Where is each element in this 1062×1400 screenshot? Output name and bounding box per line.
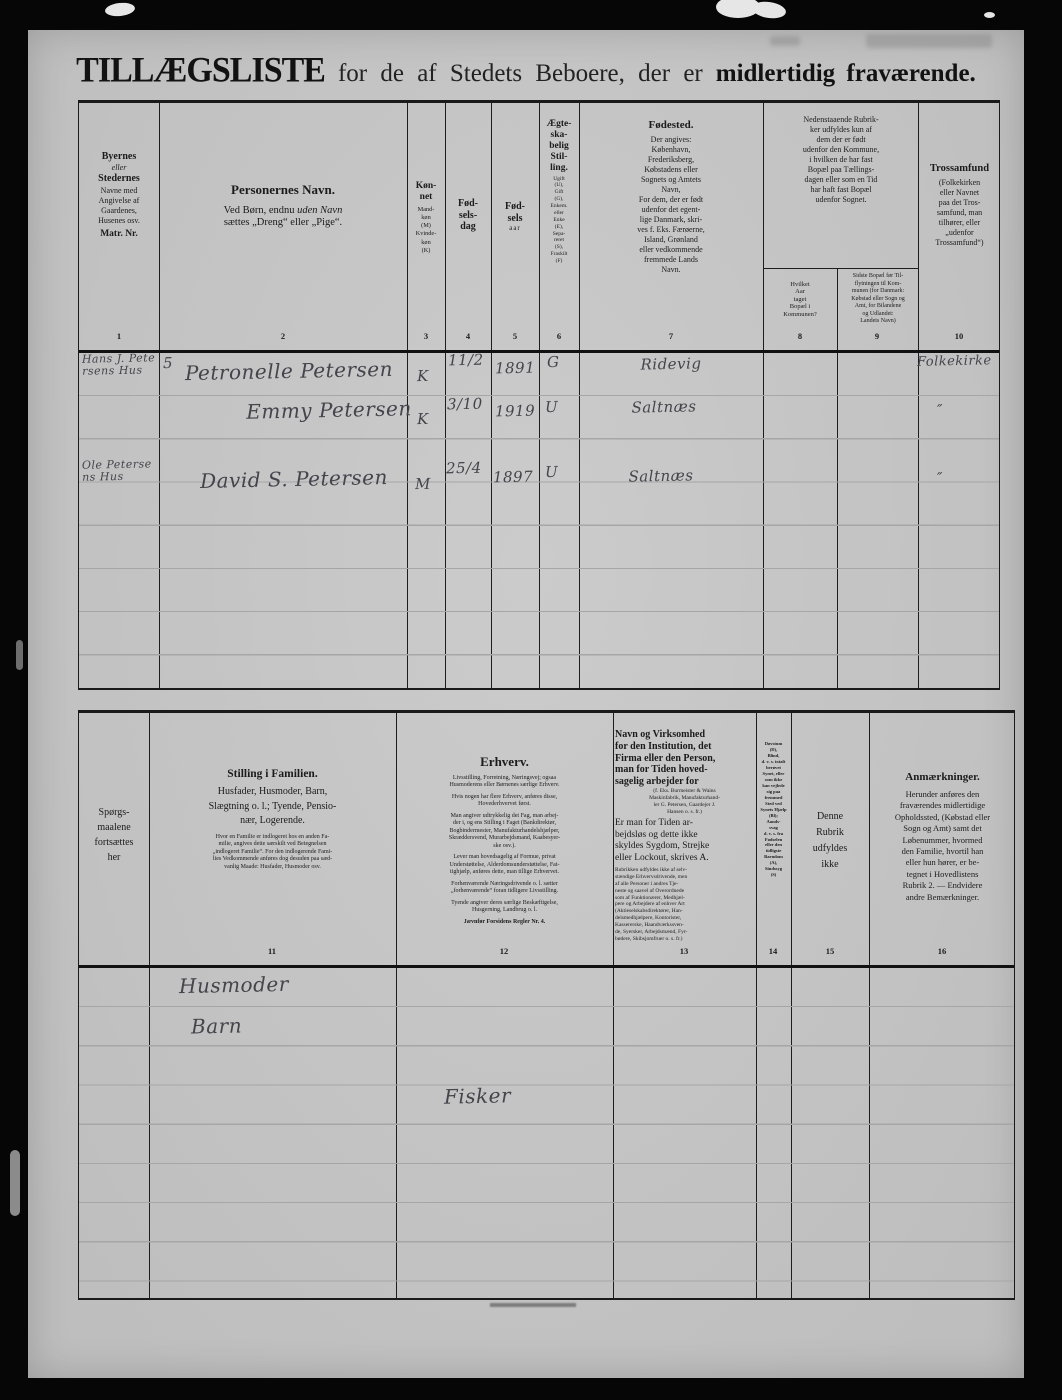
- entry-birthyear: 1897: [493, 470, 534, 487]
- column-number: 8: [780, 331, 820, 341]
- entry-marital: U: [545, 465, 558, 481]
- header-title: Køn- net: [407, 181, 445, 203]
- column-number: 16: [922, 946, 962, 956]
- entry-birthyear: 1919: [495, 404, 536, 421]
- column-number: 12: [484, 946, 524, 956]
- header-key: Mand- køn (M) Kvinde- køn (K): [407, 206, 445, 255]
- header-paragraph: Livsstilling, Forretning, Næringsvej; og…: [396, 775, 613, 790]
- column-header-leave-blank: Denne Rubrik udfyldes ikke: [791, 809, 869, 873]
- entry-birthyear: 1891: [495, 361, 536, 378]
- header-paragraph: Hvis nogen har flere Erhverv, anføres di…: [396, 794, 613, 809]
- entry-number: 5: [163, 356, 173, 372]
- header-title: Personernes Navn.: [159, 183, 407, 198]
- header-text: sættes „Dreng“ eller „Pige“.: [159, 217, 407, 229]
- header-text: Der angives: København, Frederiksberg, K…: [579, 135, 763, 275]
- header-title: Ægte- ska- belig Stil- ling.: [539, 119, 579, 174]
- column-number: 3: [406, 331, 446, 341]
- scan-smudge: [770, 36, 800, 46]
- scan-speck: [10, 1150, 20, 1216]
- column-number: 7: [651, 331, 691, 341]
- header-line: Byernes: [79, 151, 159, 163]
- header-fineprint: Rubrikken udfyldes ikke af selv- stændig…: [615, 867, 754, 943]
- scan-speck: [104, 1, 135, 17]
- scanned-census-sheet: TILLÆGSLISTE for de af Stedets Beboere, …: [28, 30, 1024, 1378]
- printer-imprint: [490, 1303, 576, 1307]
- entry-birthplace: Saltnæs: [594, 399, 734, 418]
- entry-family-position: Husmoder: [179, 974, 289, 997]
- scan-speck: [984, 12, 995, 18]
- column-header-birthplace: Fødested. Der angives: København, Freder…: [579, 119, 763, 275]
- table-questions-continued: Spørgs- maalene fortsættes her Stilling …: [78, 710, 1015, 1300]
- column-header-remarks: Anmærkninger. Herunder anføres den fravæ…: [869, 771, 1016, 903]
- column-header-family-position: Stilling i Familien. Husfader, Husmoder,…: [149, 768, 396, 871]
- entry-place: Hans J. Pete rsens Hus: [82, 352, 158, 377]
- entry-birthplace: Saltnæs: [591, 468, 731, 487]
- header-paragraph: Lever man hovedsagelig af Formue, privat…: [396, 854, 613, 877]
- scan-speck: [16, 640, 23, 670]
- header-text: Er man for Tiden ar- bejdsløs og dette i…: [615, 818, 754, 864]
- column-number: 14: [753, 946, 793, 956]
- header-paragraph: Man angiver udtrykkelig det Fag, man arb…: [396, 813, 613, 851]
- table-absent-persons: Byernes eller Stedernes Navne med Angive…: [78, 100, 1000, 690]
- column-header-name: Personernes Navn. Ved Børn, endnu uden N…: [159, 183, 407, 229]
- column-header-religion: Trossamfund (Folkekirken eller Navnet pa…: [918, 163, 1001, 248]
- column-number: 15: [810, 946, 850, 956]
- column-header-last-residence: Sidste Bopæl før Til- flytningen til Kom…: [839, 273, 917, 326]
- column-number: 1: [99, 331, 139, 341]
- header-paragraph: Tyende angiver deres særlige Beskæftigel…: [396, 900, 613, 915]
- column-number: 5: [495, 331, 535, 341]
- column-number: 9: [857, 331, 897, 341]
- header-line: Navne med Angivelse af Gaardenes, Husene…: [79, 186, 159, 226]
- header-title: Fødested.: [579, 119, 763, 132]
- entry-sex: K: [417, 412, 429, 428]
- header-title: Stilling i Familien.: [149, 768, 396, 781]
- header-text: Husfader, Husmoder, Barn, Slægtning o. l…: [149, 785, 396, 829]
- entry-birthday: 3/10: [447, 397, 483, 413]
- header-paragraph: Forhenværende Næringsdrivende o. l. sætt…: [396, 881, 613, 896]
- header-text-italic: uden Navn: [297, 205, 342, 216]
- header-title: Fød- sels: [491, 201, 539, 224]
- column-header-birthday: Fød- sels- dag: [445, 198, 491, 233]
- header-line: eller: [79, 163, 159, 173]
- entry-place: Ole Peterse ns Hus: [82, 458, 158, 483]
- writing-lines: [79, 353, 999, 688]
- entry-religion-ditto: ″: [937, 403, 943, 419]
- stub-questions-continue: Spørgs- maalene fortsættes her: [79, 805, 149, 865]
- header-key: Ugift (U), Gift (G), Enkem. eller Enke (…: [539, 176, 579, 265]
- column-number: 11: [252, 946, 292, 956]
- page-title-text: for de af Stedets Beboere, der er: [338, 60, 703, 88]
- column-header-marital-status: Ægte- ska- belig Stil- ling. Ugift (U), …: [539, 119, 579, 265]
- column-number: 13: [664, 946, 704, 956]
- header-paragraph: Jævnfør Forsidens Regler Nr. 4.: [396, 919, 613, 927]
- column-number: 10: [939, 331, 979, 341]
- column-header-sex: Køn- net Mand- køn (M) Kvinde- køn (K): [407, 181, 445, 255]
- column-number: 6: [539, 331, 579, 341]
- header-title: Erhverv.: [396, 755, 613, 770]
- column-header-birthyear: Fød- sels aar: [491, 201, 539, 232]
- column-header-occupation: Erhverv. Livsstilling, Forretning, Nærin…: [396, 755, 613, 926]
- header-line: Stedernes: [79, 173, 159, 185]
- entry-occupation: Fisker: [444, 1085, 511, 1107]
- entry-religion-ditto: ″: [937, 471, 943, 487]
- entry-sex: M: [415, 477, 431, 493]
- subheader-divider: [763, 268, 918, 269]
- entry-name: Petronelle Petersen: [174, 359, 404, 385]
- header-text: (Folkekirken eller Navnet paa det Tros- …: [918, 178, 1001, 248]
- entry-religion: Folkekirke: [917, 354, 992, 369]
- header-text: Ved Børn, endnu: [224, 205, 295, 216]
- column-number: 2: [263, 331, 303, 341]
- header-fineprint: Hvor en Familie er indlogeret hos en and…: [149, 834, 396, 872]
- page-title: TILLÆGSLISTE for de af Stedets Beboere, …: [64, 52, 988, 96]
- entry-marital: G: [547, 355, 560, 371]
- entry-sex: K: [417, 369, 429, 385]
- column-header-place: Byernes eller Stedernes Navne med Angive…: [79, 151, 159, 240]
- column-number: 4: [448, 331, 488, 341]
- header-title: Anmærkninger.: [869, 771, 1016, 784]
- page-title-word: TILLÆGSLISTE: [76, 51, 325, 91]
- header-line: Matr. Nr.: [79, 229, 159, 240]
- page-title-emphasis: midlertidig fraværende.: [716, 60, 976, 88]
- entry-marital: U: [545, 400, 558, 416]
- entry-birthplace: Ridevig: [601, 356, 741, 375]
- header-text: Herunder anføres den fraværendes midlert…: [869, 789, 1016, 904]
- header-title: Trossamfund: [918, 163, 1001, 175]
- column-header-disabilities: Døvstum (D), Blind, d. v. s. totalt berø…: [756, 741, 791, 878]
- entry-birthday: 25/4: [446, 461, 482, 477]
- scan-smudge: [866, 34, 992, 48]
- column-header-residence-note: Nedenstaaende Rubrik- ker udfyldes kun a…: [767, 115, 915, 205]
- column-header-year-moved: Hvilket Aar taget Bopæl i Kommunen?: [763, 281, 837, 318]
- column-header-employer: Navn og Virksomhed for den Institution, …: [615, 729, 754, 943]
- entry-name: Emmy Petersen: [229, 398, 429, 423]
- entry-name: David S. Petersen: [174, 466, 414, 492]
- entry-birthday: 11/2: [448, 353, 484, 369]
- header-text: aar: [491, 224, 539, 232]
- entry-family-position: Barn: [191, 1015, 242, 1037]
- header-lead: Navn og Virksomhed for den Institution, …: [615, 729, 754, 788]
- header-fineprint: (f. Eks. Burmeister & Wains Maskinfabrik…: [615, 788, 754, 816]
- scan-speck: [751, 0, 787, 20]
